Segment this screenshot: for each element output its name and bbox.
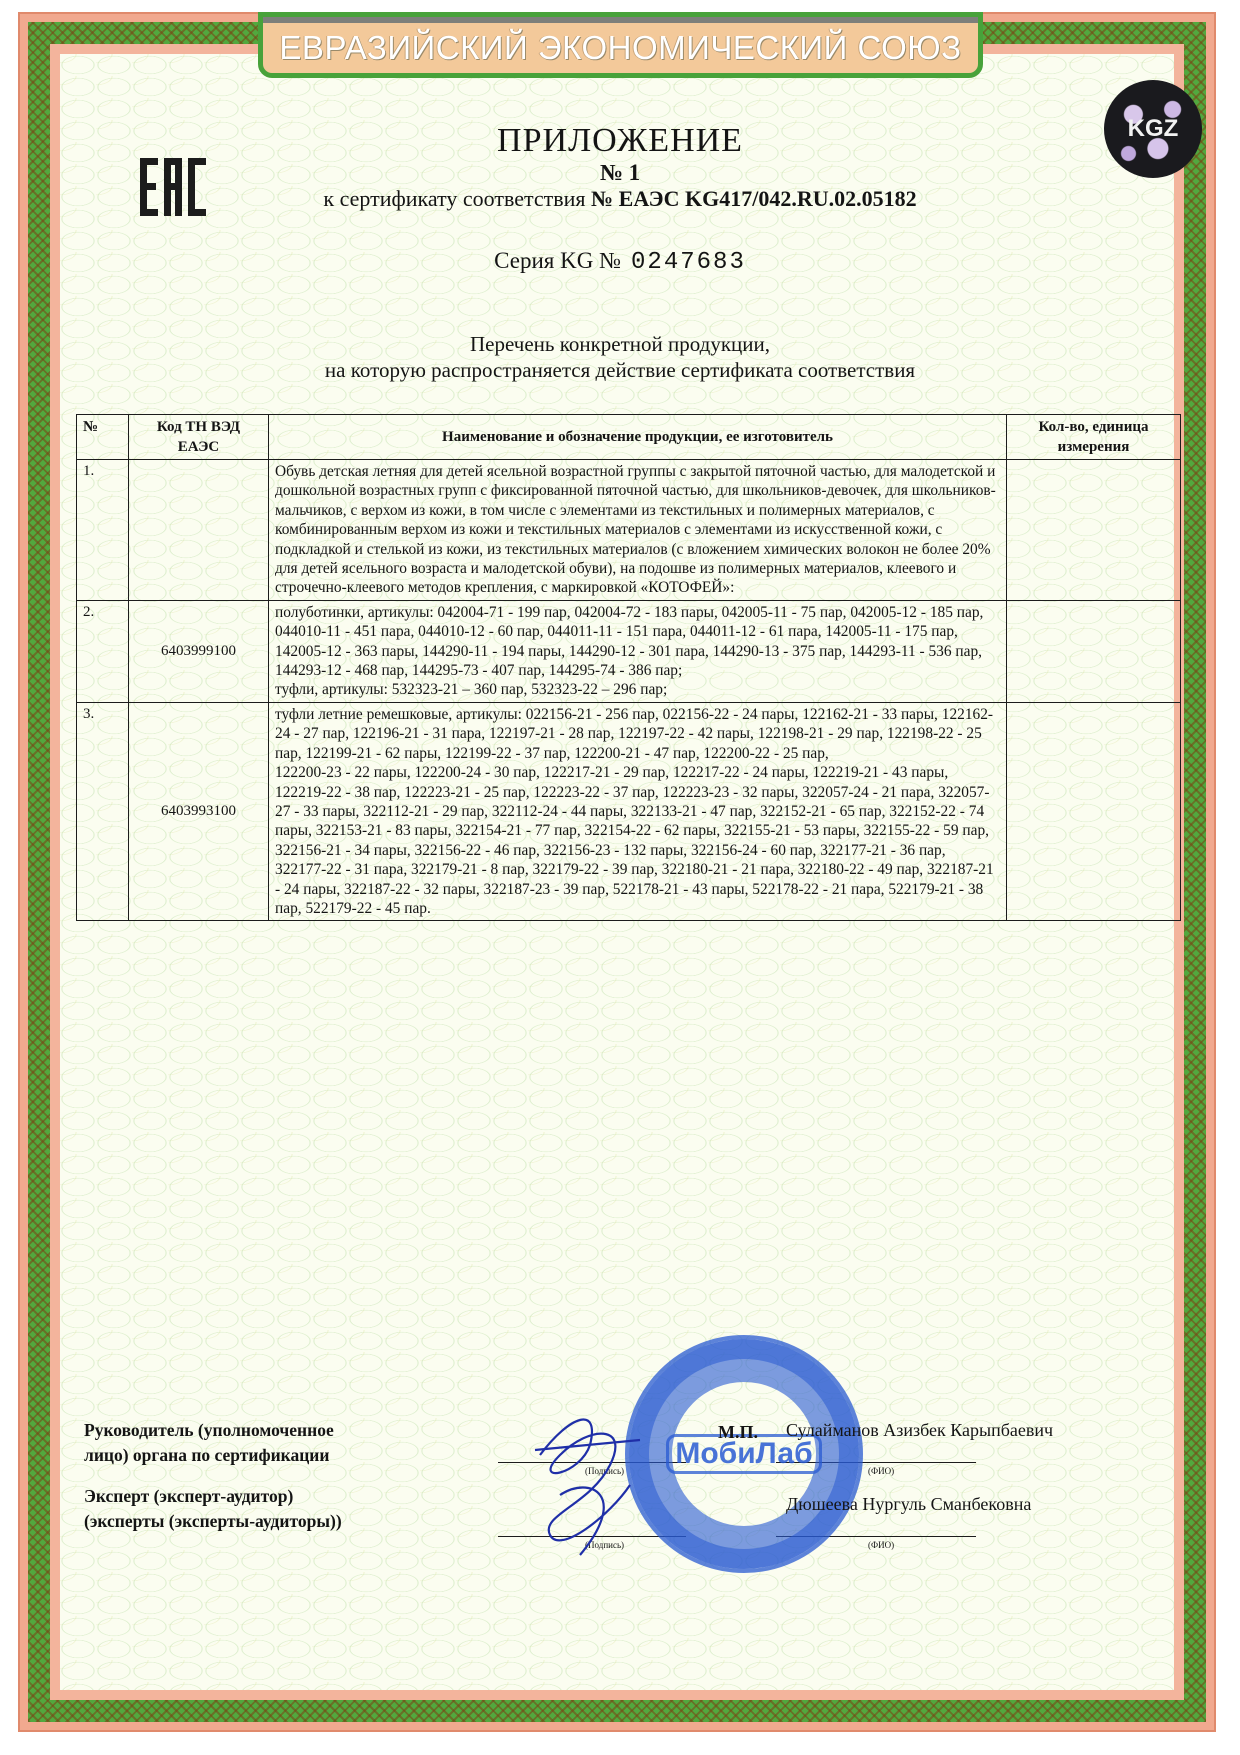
table-row: 2. 6403999100 полуботинки, артикулы: 042… <box>77 600 1181 702</box>
expert-label: Эксперт (эксперт-аудитор) (эксперты (экс… <box>84 1484 342 1534</box>
banner-text: ЕВРАЗИЙСКИЙ ЭКОНОМИЧЕСКИЙ СОЮЗ <box>279 29 961 67</box>
products-table: № Код ТН ВЭД ЕАЭС Наименование и обознач… <box>76 414 1181 921</box>
header-name: Наименование и обозначение продукции, ее… <box>269 415 1007 460</box>
row-code <box>129 460 269 601</box>
row-number: 2. <box>77 600 129 702</box>
page-title: ПРИЛОЖЕНИЕ <box>0 122 1240 160</box>
row-number: 1. <box>77 460 129 601</box>
eaeu-banner: ЕВРАЗИЙСКИЙ ЭКОНОМИЧЕСКИЙ СОЮЗ <box>258 12 983 78</box>
certificate-reference: к сертификату соответствия № ЕАЭС KG417/… <box>0 186 1240 212</box>
certificate-number: № ЕАЭС KG417/042.RU.02.05182 <box>591 186 917 211</box>
header-code: Код ТН ВЭД ЕАЭС <box>129 415 269 460</box>
expert-label-line1: Эксперт (эксперт-аудитор) <box>84 1484 342 1509</box>
row-code: 6403993100 <box>129 702 269 920</box>
row-description-line: туфли, артикулы: 532323-21 – 360 пар, 53… <box>275 680 1000 699</box>
row-quantity <box>1007 702 1181 920</box>
head-of-certification-label: Руководитель (уполномоченное лицо) орган… <box>84 1418 334 1468</box>
table-header-row: № Код ТН ВЭД ЕАЭС Наименование и обознач… <box>77 415 1181 460</box>
expert-label-line2: (эксперты (эксперты-аудиторы)) <box>84 1509 342 1534</box>
row-code: 6403999100 <box>129 600 269 702</box>
series-line: Серия KG №0247683 <box>0 248 1240 276</box>
series-number: 0247683 <box>631 249 746 276</box>
row-description: туфли летние ремешковые, артикулы: 02215… <box>269 702 1007 920</box>
header-no: № <box>77 415 129 460</box>
row-description-line: туфли летние ремешковые, артикулы: 02215… <box>275 705 1000 763</box>
table-row: 1. Обувь детская летняя для детей ясельн… <box>77 460 1181 601</box>
header-qty: Кол-во, единица измерения <box>1007 415 1181 460</box>
head-label-line2: лицо) органа по сертификации <box>84 1443 334 1468</box>
row-description-line: полуботинки, артикулы: 042004-71 - 199 п… <box>275 603 1000 681</box>
row-quantity <box>1007 460 1181 601</box>
row-description-line: 122219-22 - 38 пар, 122223-21 - 25 пар, … <box>275 783 1000 919</box>
row-description: Обувь детская летняя для детей ясельной … <box>269 460 1007 601</box>
row-description: полуботинки, артикулы: 042004-71 - 199 п… <box>269 600 1007 702</box>
row-number: 3. <box>77 702 129 920</box>
certificate-prefix: к сертификату соответствия <box>323 186 585 211</box>
head-label-line1: Руководитель (уполномоченное <box>84 1418 334 1443</box>
expert-fio-caption: (ФИО) <box>868 1540 894 1550</box>
appendix-number: № 1 <box>0 160 1240 186</box>
expert-name: Дюшеева Нургуль Сманбековна <box>786 1494 1031 1515</box>
series-label: Серия KG № <box>494 248 621 273</box>
list-title-line2: на которую распространяется действие сер… <box>0 358 1240 383</box>
head-name: Сулайманов Азизбек Карыпбаевич <box>786 1420 1053 1441</box>
row-description-line: 122200-23 - 22 пары, 122200-24 - 30 пар,… <box>275 763 1000 782</box>
row-quantity <box>1007 600 1181 702</box>
table-row: 3. 6403993100 туфли летние ремешковые, а… <box>77 702 1181 920</box>
seal-placeholder-label: М.П. <box>718 1422 758 1443</box>
handwritten-signature-icon <box>520 1395 670 1565</box>
list-title-line1: Перечень конкретной продукции, <box>0 332 1240 357</box>
head-fio-caption: (ФИО) <box>868 1466 894 1476</box>
